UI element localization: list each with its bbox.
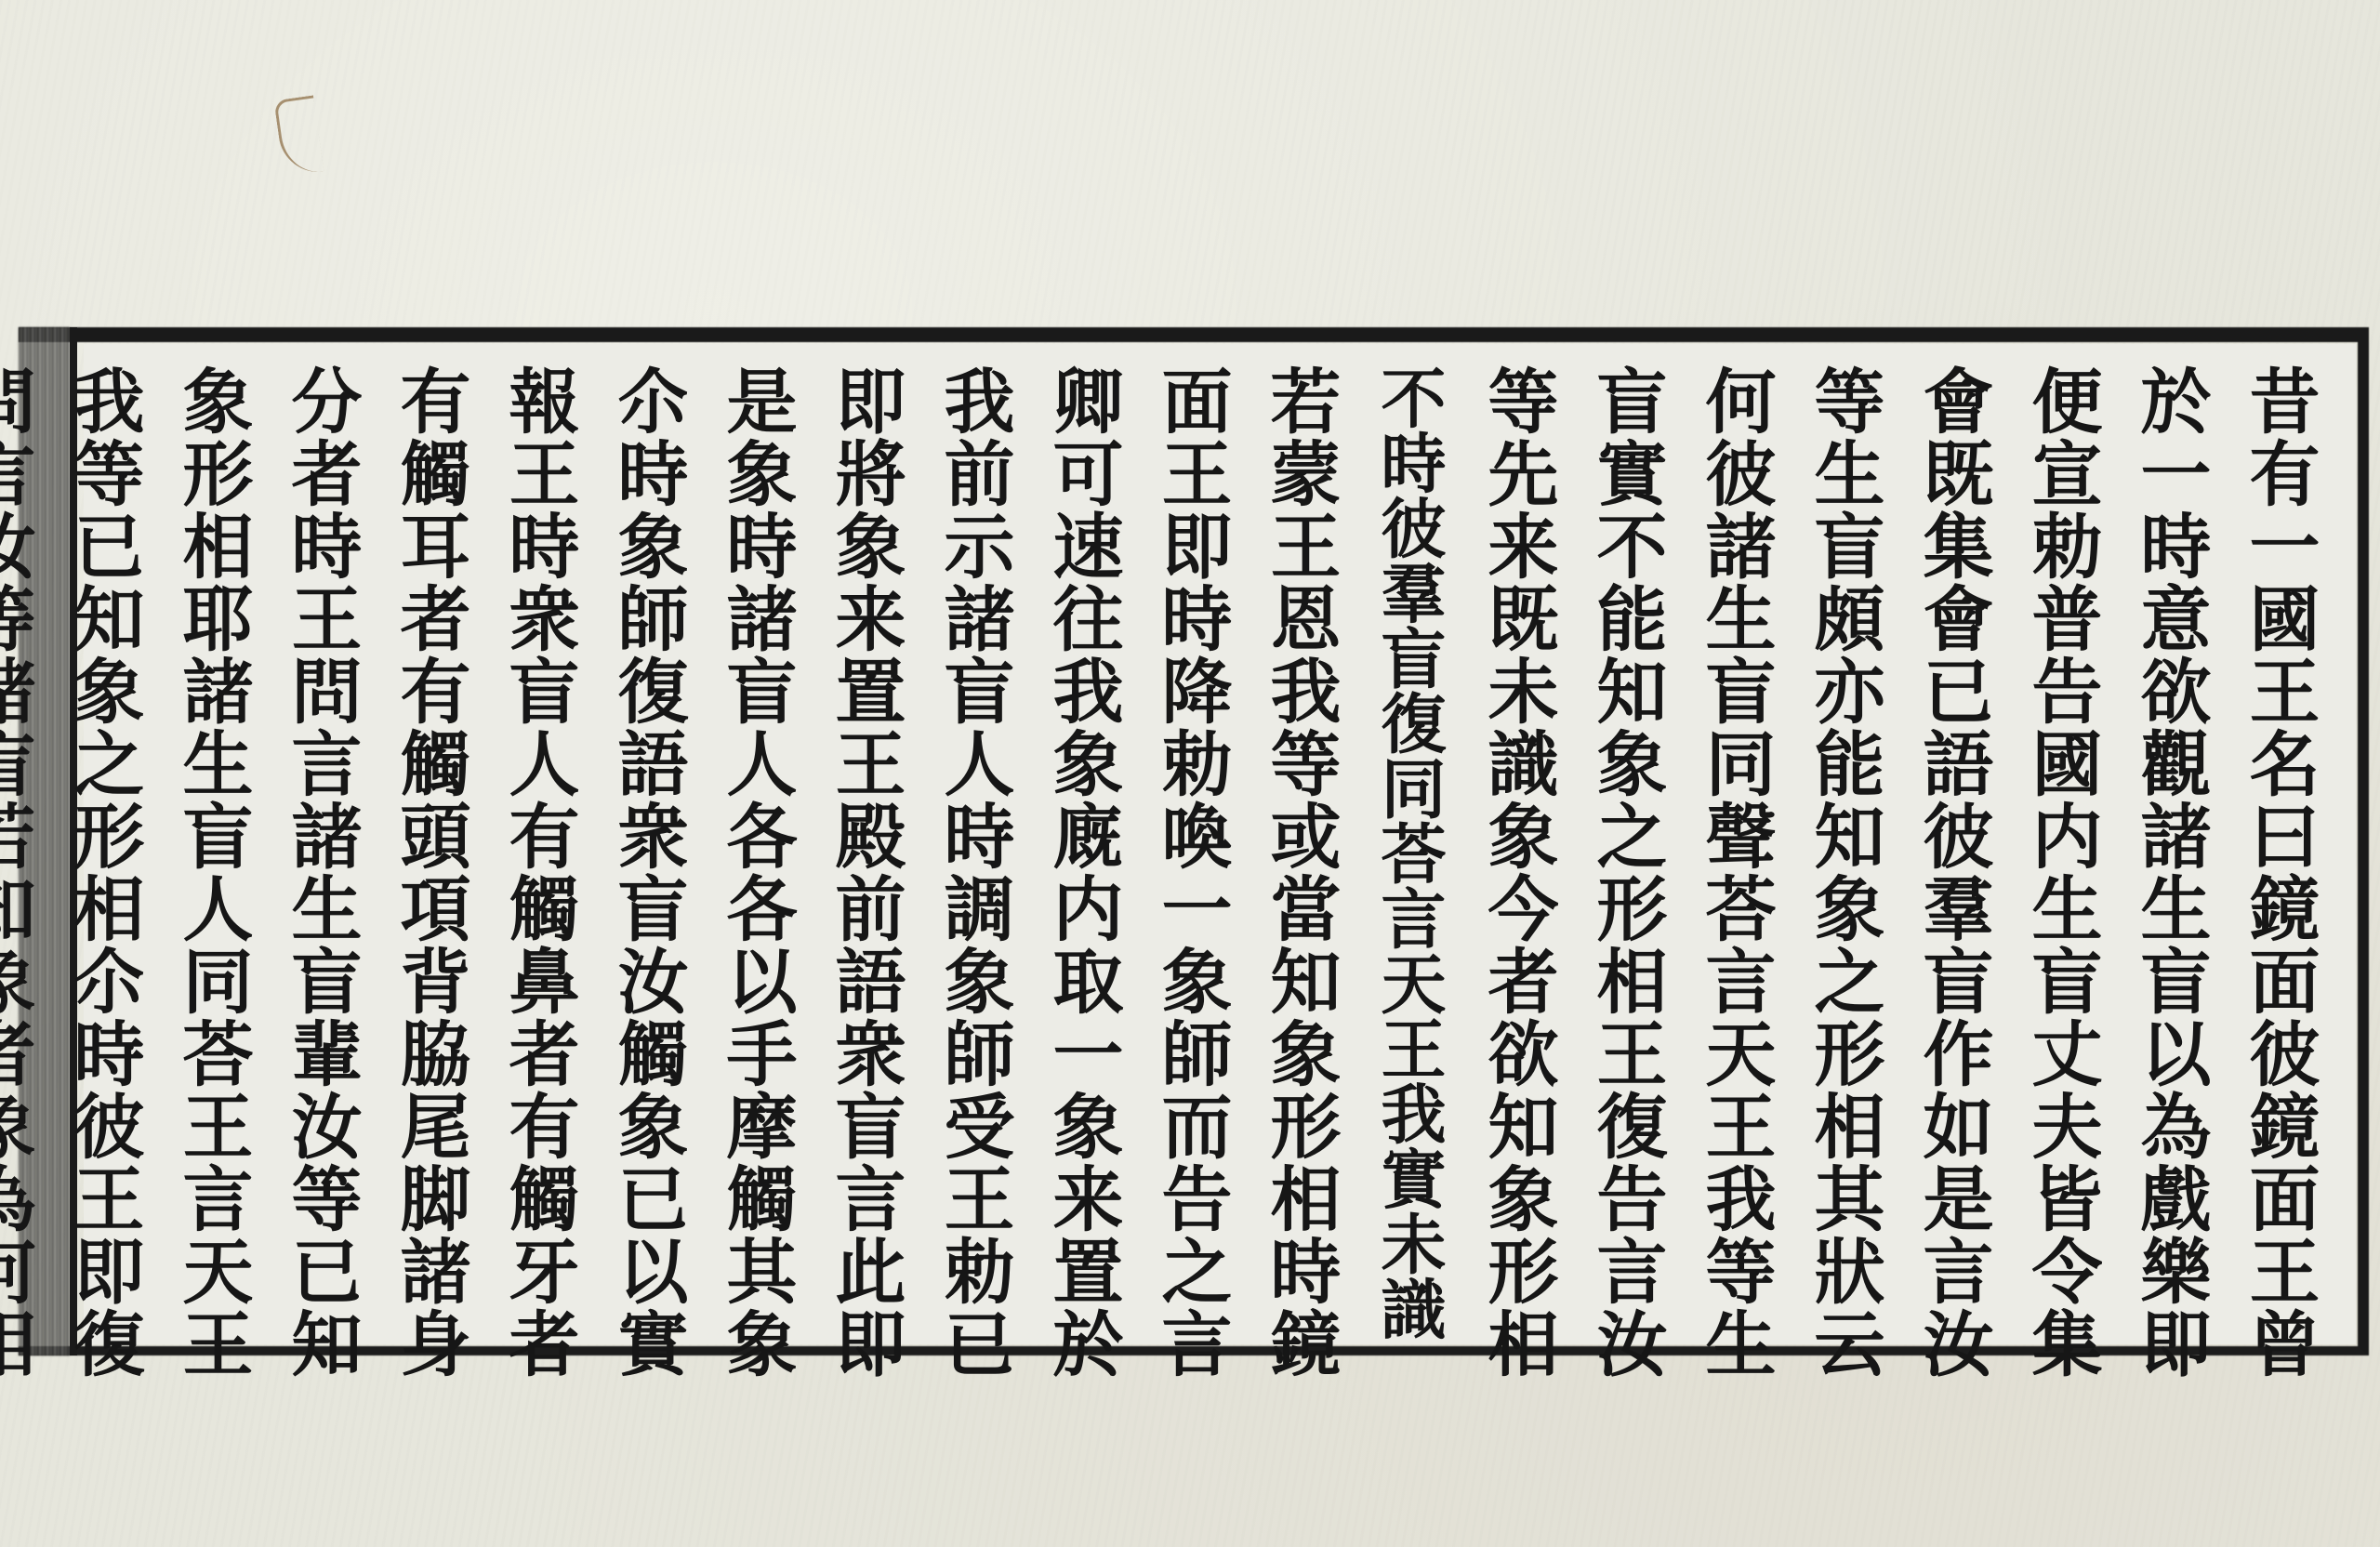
text-column: 便宣勅普告國内生盲丈夫皆令集	[2007, 364, 2116, 1344]
text-column: 即將象来置王殿前語衆盲言此即	[811, 364, 919, 1344]
text-column: 面王即時降勅喚一象師而告之言	[1137, 364, 1246, 1344]
text-column: 於一時意欲觀諸生盲以為戲樂即	[2116, 364, 2225, 1344]
text-column: 問言汝等諸盲若知象者象為何相	[0, 364, 49, 1344]
text-column: 盲實不能知象之形相王復告言汝	[1572, 364, 1681, 1344]
text-column: 不時彼羣盲復同荅言天王我實未識	[1355, 364, 1463, 1344]
text-body: 昔有一國王名曰鏡面彼鏡面王曾 於一時意欲觀諸生盲以為戲樂即 便宣勅普告國内生盲丈…	[84, 344, 2356, 1344]
text-column: 報王時衆盲人有觸鼻者有觸牙者	[484, 364, 593, 1344]
text-column: 若蒙王恩我等或當知象形相時鏡	[1246, 364, 1355, 1344]
text-column: 等生盲頗亦能知象之形相其狀云	[1790, 364, 1898, 1344]
text-column: 象形相耶諸生盲人同荅王言天王	[158, 364, 267, 1344]
printed-block: 昔有一國王名曰鏡面彼鏡面王曾 於一時意欲觀諸生盲以為戲樂即 便宣勅普告國内生盲丈…	[19, 327, 2369, 1355]
text-column: 有觸耳者有觸頭項背脇尾脚諸身	[376, 364, 484, 1344]
text-column: 我前示諸盲人時調象師受王勅已	[919, 364, 1028, 1344]
text-column: 是象時諸盲人各各以手摩觸其象	[702, 364, 811, 1344]
text-column: 等先来既未識象今者欲知象形相	[1463, 364, 1572, 1344]
text-column: 我等已知象之形相尒時彼王即復	[49, 364, 158, 1344]
text-column: 卿可速往我象廐内取一象来置於	[1028, 364, 1137, 1344]
text-column: 尒時象師復語衆盲汝觸象已以實	[593, 364, 702, 1344]
text-column: 昔有一國王名曰鏡面彼鏡面王曾	[2225, 364, 2334, 1344]
text-column: 會既集會已語彼羣盲作如是言汝	[1898, 364, 2007, 1344]
text-column: 何彼諸生盲同聲荅言天王我等生	[1681, 364, 1790, 1344]
text-column: 分者時王問言諸生盲輩汝等已知	[267, 364, 376, 1344]
